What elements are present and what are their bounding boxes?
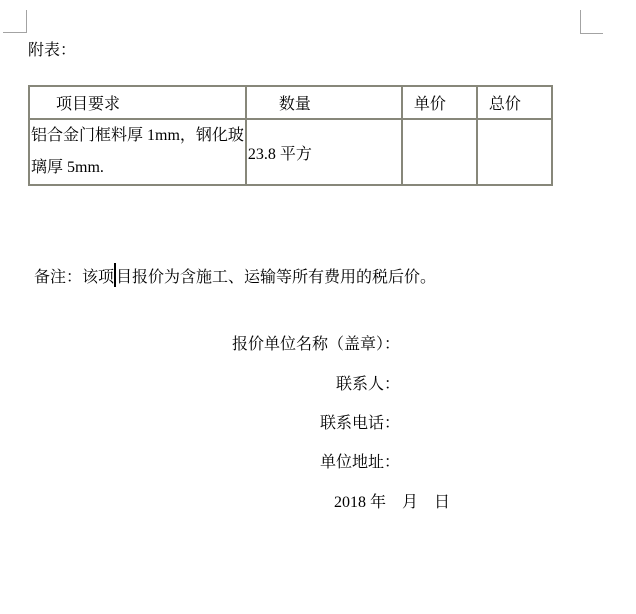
document-page: { "page": { "heading": "附表：" }, "table":…: [0, 0, 636, 614]
attachment-table-heading[interactable]: 附表：: [28, 42, 76, 60]
cell-quantity[interactable]: 23.8 平方: [246, 119, 402, 185]
header-cell-requirement[interactable]: 项目要求: [29, 86, 246, 119]
signature-phone-line[interactable]: 联系电话：: [0, 415, 400, 433]
table-row: 铝合金门框料厚 1mm，钢化玻 璃厚 5mm. 23.8 平方: [29, 119, 552, 185]
cell-requirement[interactable]: 铝合金门框料厚 1mm，钢化玻 璃厚 5mm.: [29, 119, 246, 185]
remark-text-after-cursor: 目报价为含施工、运输等所有费用的税后价。: [116, 269, 436, 286]
remark-paragraph[interactable]: 备注：该项目报价为含施工、运输等所有费用的税后价。: [26, 239, 436, 290]
quotation-table: 项目要求 数量 单价 总价 铝合金门框料厚 1mm，钢化玻 璃厚 5mm. 23…: [28, 85, 553, 186]
text-boundary-mark-top-right: [580, 10, 603, 34]
requirement-text-line1: 铝合金门框料厚 1mm，钢化玻: [31, 120, 244, 152]
cell-total-price[interactable]: [477, 119, 552, 185]
cell-unit-price[interactable]: [402, 119, 477, 185]
header-cell-total-price[interactable]: 总价: [477, 86, 552, 119]
header-cell-quantity[interactable]: 数量: [246, 86, 402, 119]
header-cell-unit-price[interactable]: 单价: [402, 86, 477, 119]
signature-company-line[interactable]: 报价单位名称（盖章）：: [0, 336, 400, 354]
requirement-text-line2: 璃厚 5mm.: [31, 152, 244, 184]
signature-date-line[interactable]: 2018 年 月 日: [0, 494, 450, 512]
signature-address-line[interactable]: 单位地址：: [0, 454, 400, 472]
text-boundary-mark-top-left: [3, 10, 27, 33]
remark-text-before-cursor: 备注：该项: [34, 269, 114, 286]
signature-contact-line[interactable]: 联系人：: [0, 376, 400, 394]
table-header-row: 项目要求 数量 单价 总价: [29, 86, 552, 119]
